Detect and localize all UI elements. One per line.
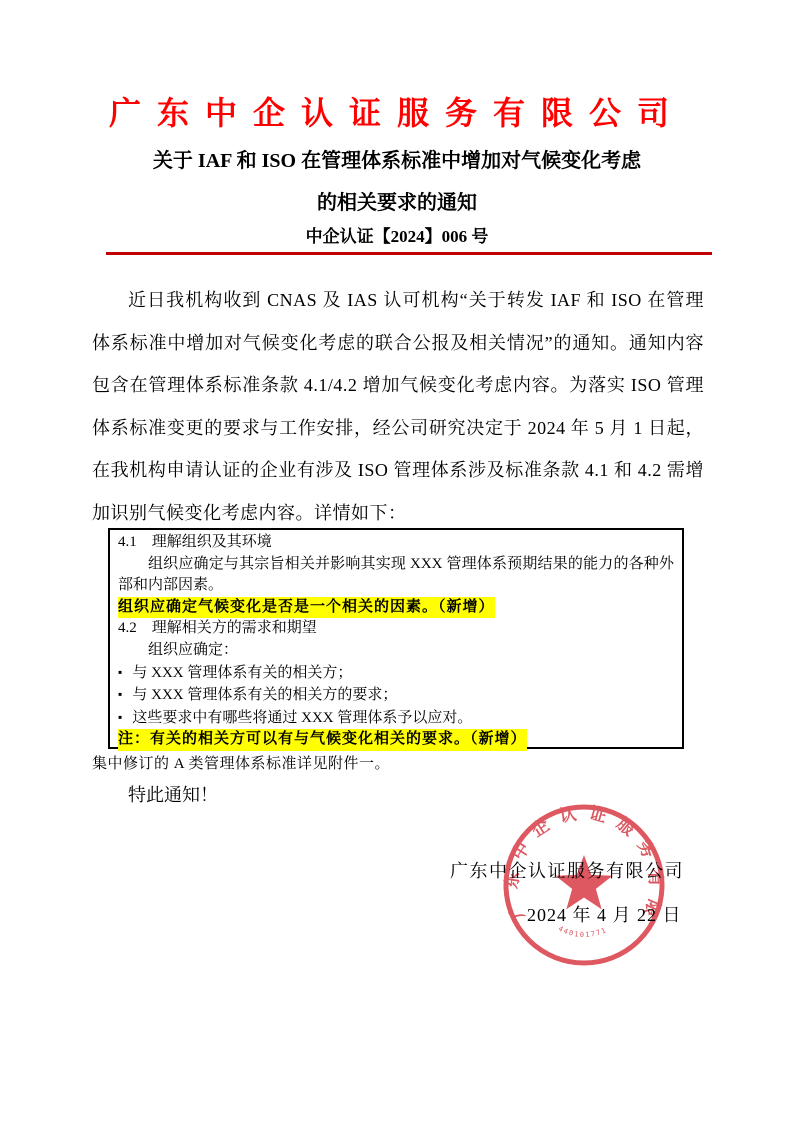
clause-41-new-highlight: 组织应确定气候变化是否是一个相关的因素。（新增） (118, 597, 495, 619)
square-bullet-icon: ▪ (118, 707, 132, 729)
bullet-text: 与 XXX 管理体系有关的相关方； (132, 665, 352, 681)
bullet-item: ▪与 XXX 管理体系有关的相关方； (118, 662, 674, 685)
square-bullet-icon: ▪ (118, 684, 132, 706)
square-bullet-icon: ▪ (118, 662, 132, 684)
hereby-notice: 特此通知！ (128, 781, 218, 807)
bullet-text: 这些要求中有哪些将通过 XXX 管理体系予以应对。 (132, 710, 472, 726)
bullet-item: ▪这些要求中有哪些将通过 XXX 管理体系予以应对。 (118, 707, 674, 730)
bullet-text: 与 XXX 管理体系有关的相关方的要求； (132, 687, 397, 703)
clause-41-title: 4.1 理解组织及其环境 (118, 532, 674, 554)
clause-41-new-line: 组织应确定气候变化是否是一个相关的因素。（新增） (118, 597, 674, 619)
company-seal-stamp: 广东中企认证服务有限公司 4401017710 (498, 799, 670, 971)
clause-42-title: 4.2 理解相关方的需求和期望 (118, 618, 674, 640)
document-page: 广东中企认证服务有限公司 关于 IAF 和 ISO 在管理体系标准中增加对气候变… (0, 0, 794, 1123)
red-divider-rule (106, 252, 712, 255)
notice-title-line1: 关于 IAF 和 ISO 在管理体系标准中增加对气候变化考虑 (0, 144, 794, 173)
clause-box: 4.1 理解组织及其环境 组织应确定与其宗旨相关并影响其实现 XXX 管理体系预… (108, 528, 684, 749)
seal-star-icon (556, 855, 613, 909)
note-new-line: 注：有关的相关方可以有与气候变化相关的要求。（新增） (118, 729, 674, 751)
bullet-item: ▪与 XXX 管理体系有关的相关方的要求； (118, 684, 674, 707)
clause-42-lead: 组织应确定： (118, 640, 674, 662)
doc-number: 中企认证【2024】006 号 (0, 222, 794, 247)
company-title: 广东中企认证服务有限公司 (104, 88, 690, 134)
body-paragraph: 近日我机构收到 CNAS 及 IAS 认可机构“关于转发 IAF 和 ISO 在… (92, 279, 704, 534)
notice-title-line2: 的相关要求的通知 (0, 186, 794, 215)
attachment-note: 集中修订的 A 类管理体系标准详见附件一。 (92, 752, 390, 773)
clause-41-text: 组织应确定与其宗旨相关并影响其实现 XXX 管理体系预期结果的能力的各种外部和内… (118, 554, 674, 597)
note-new-highlight: 注：有关的相关方可以有与气候变化相关的要求。（新增） (118, 729, 527, 751)
